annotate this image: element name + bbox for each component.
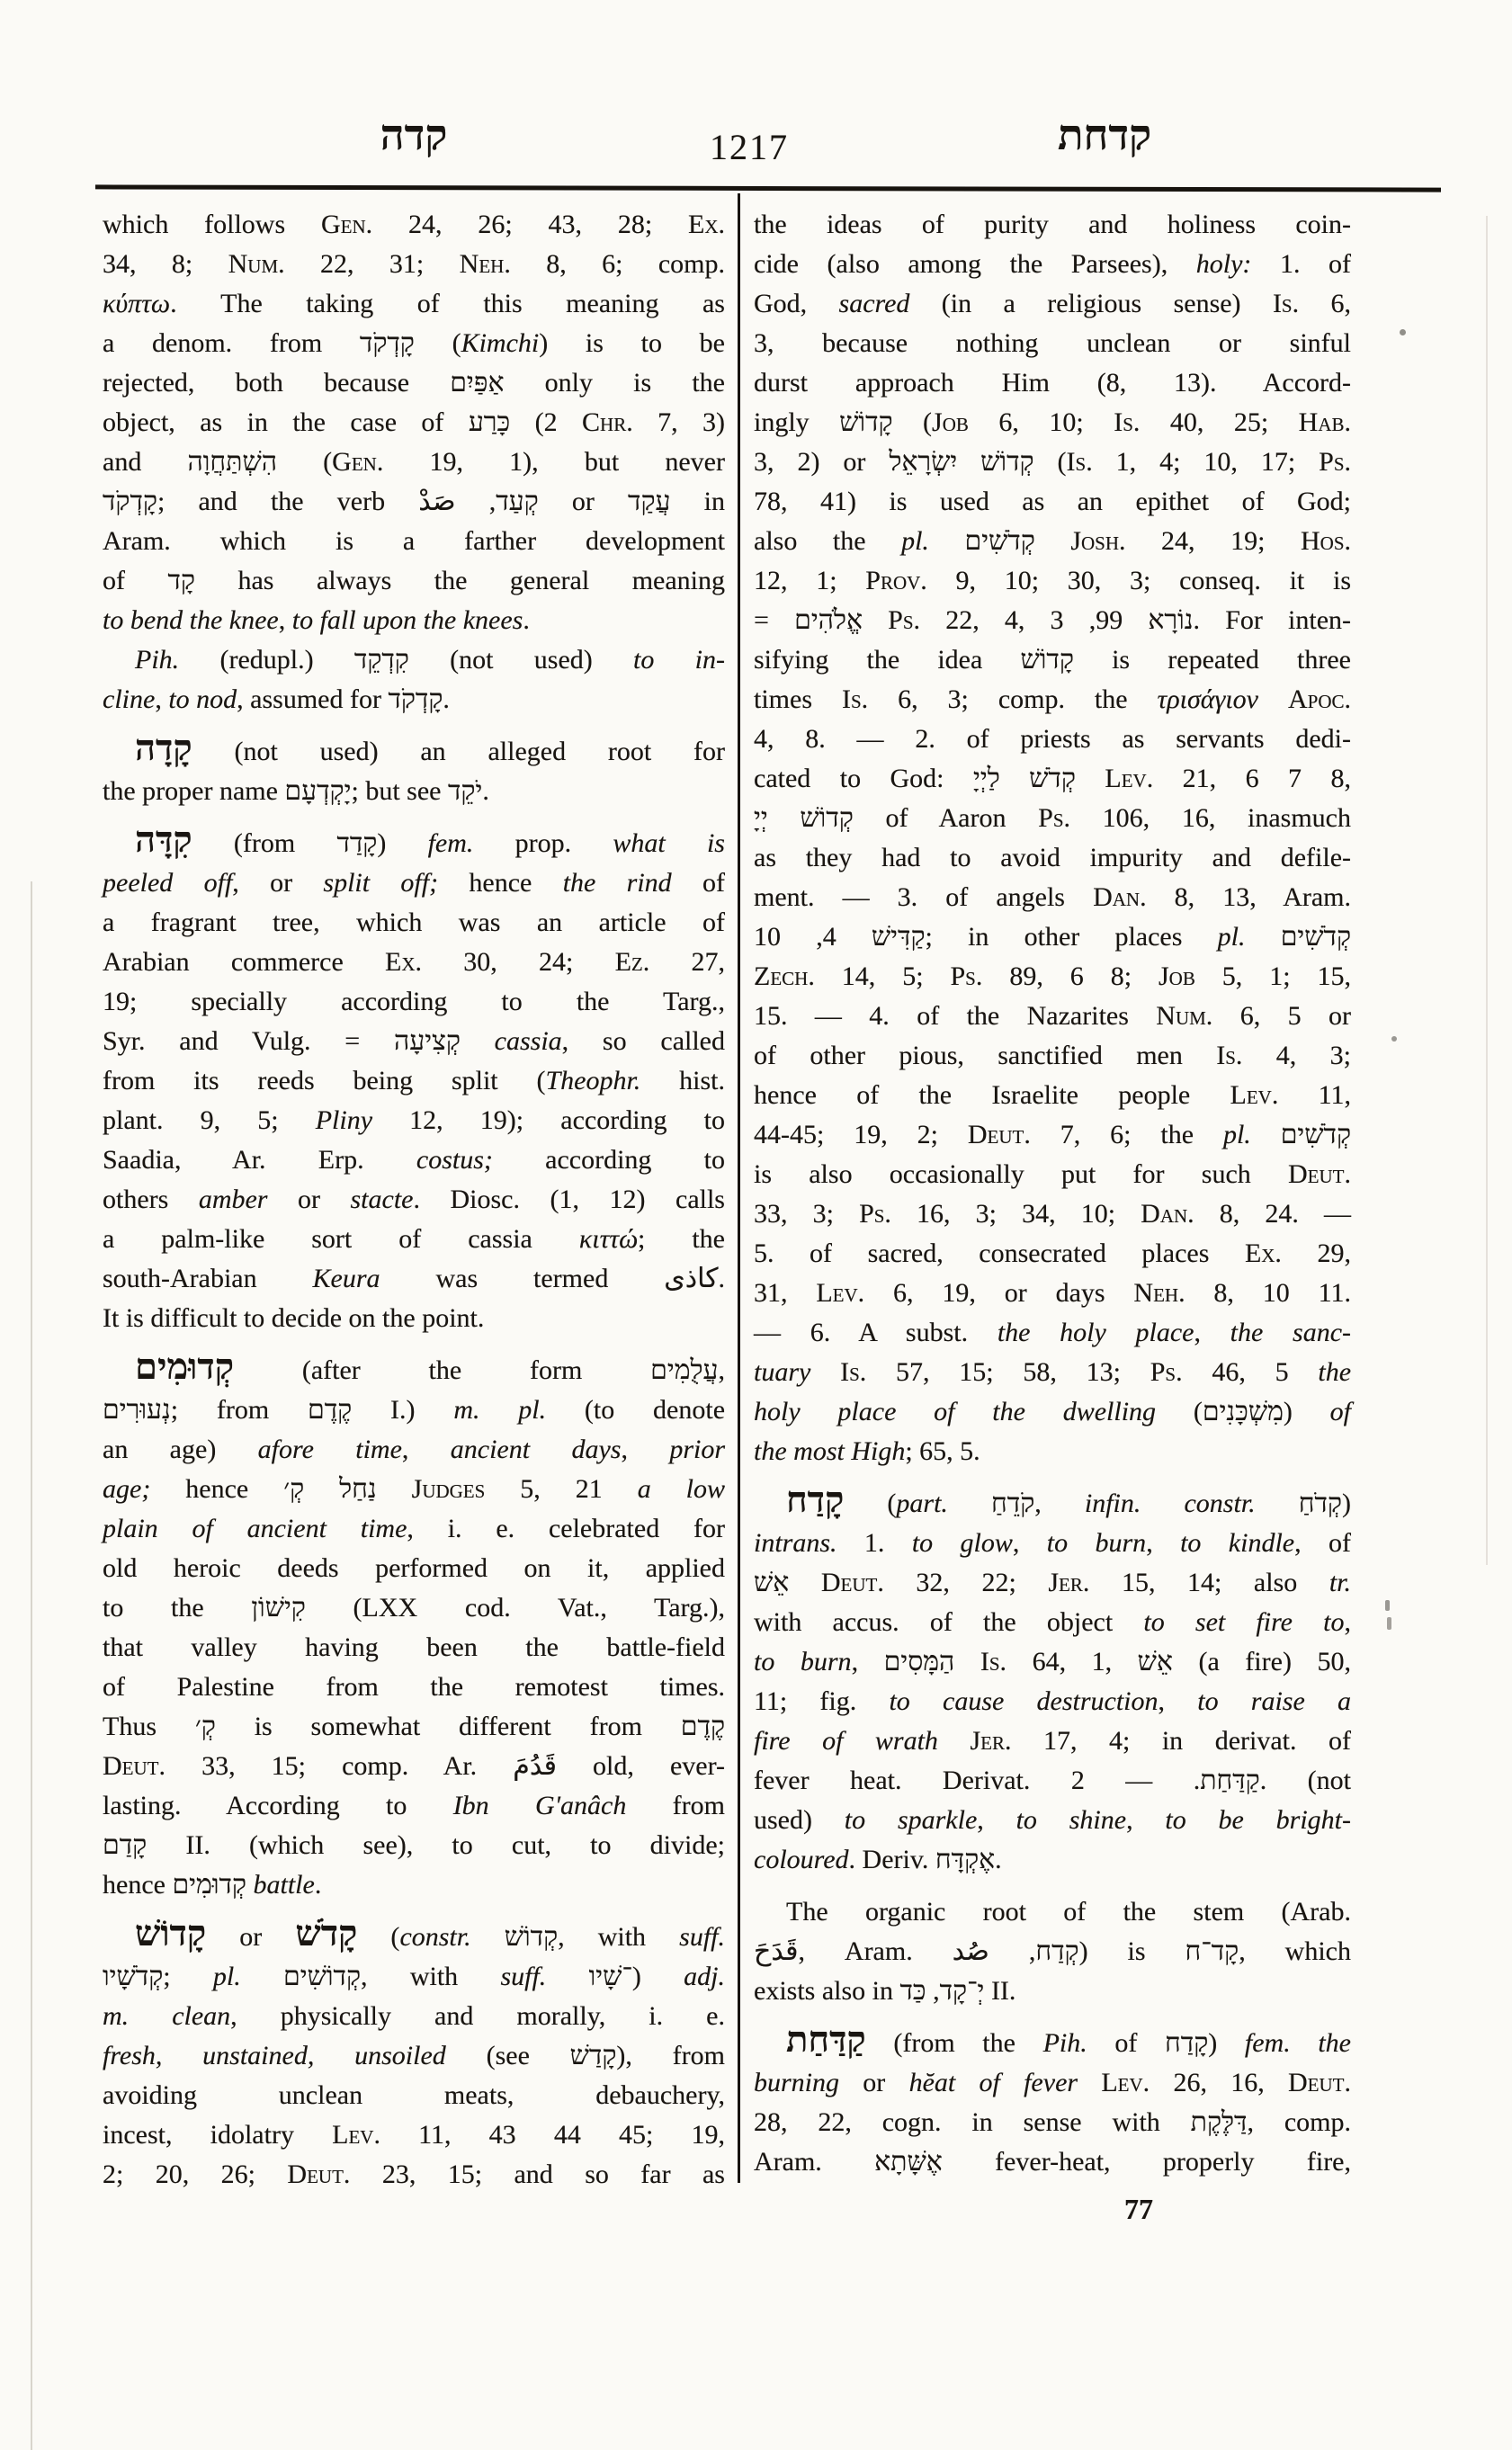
- text-line: 11; fig. to cause destruction, to raise …: [754, 1682, 1351, 1721]
- text-line: rejected, both because אַפַּיִם only is …: [103, 363, 725, 403]
- text-line: It is difficult to decide on the point.: [103, 1299, 725, 1338]
- text-line: of Palestine from the remotest times.: [103, 1668, 725, 1707]
- text-line: the proper name יָקְדְעָם; but see יֹקֵד…: [103, 772, 725, 811]
- text-line: fresh, unstained, unsoiled (see קָדַשׁ),…: [103, 2036, 725, 2076]
- text-line: which follows Gen. 24, 26; 43, 28; Ex.: [103, 205, 725, 245]
- text-line: plant. 9, 5; Pliny 12, 19); according to: [103, 1101, 725, 1140]
- text-line: קַדַּחַת (from the Pih. of קָדַח) fem. t…: [754, 2024, 1351, 2063]
- text-line: coloured. Deriv. אֶקְדָּח.: [754, 1840, 1351, 1880]
- text-line: burning or hĕat of fever Lev. 26, 16, De…: [754, 2063, 1351, 2103]
- text-line: age; hence נַחַל קְ׳ Judges 5, 21 a low: [103, 1470, 725, 1509]
- text-line: to bend the knee, to fall upon the knees…: [103, 601, 725, 640]
- text-line: cline, to nod, assumed for קָדְקֹד.: [103, 680, 725, 720]
- text-line: נְעוּרִים; from קֶדֶם I.) m. pl. (to den…: [103, 1390, 725, 1430]
- text-line: 2; 20, 26; Deut. 23, 15; and so far as: [103, 2155, 725, 2195]
- text-line: קִדָּה (from קָדַד) fem. prop. what is: [103, 824, 725, 863]
- text-line: an age) afore time, ancient days, prior: [103, 1430, 725, 1470]
- text-line: 34, 8; Num. 22, 31; Neh. 8, 6; comp.: [103, 245, 725, 284]
- text-line: sifying the idea קָדוֹשׁ is repeated thr…: [754, 640, 1351, 680]
- text-line: south-Arabian Keura was termed كاذى.: [103, 1259, 725, 1299]
- text-line: Thus קְ׳ is somewhat different from קֶדֶ…: [103, 1707, 725, 1747]
- text-line: God, sacred (in a religious sense) Is. 6…: [754, 284, 1351, 324]
- column-divider-rule: [738, 193, 740, 2183]
- text-line: קָדַם II. (which see), to cut, to divide…: [103, 1826, 725, 1865]
- text-line: m. clean, physically and morally, i. e.: [103, 1997, 725, 2036]
- text-line: 78, 41) is used as an epithet of God;: [754, 482, 1351, 522]
- text-line: 28, 22, cogn. in sense with דַּלֶּקֶת, c…: [754, 2103, 1351, 2142]
- text-line: קְדוֹשׁ יְיָ of Aaron Ps. 106, 16, inasm…: [754, 799, 1351, 838]
- text-line: Saadia, Ar. Erp. costus; according to: [103, 1140, 725, 1180]
- text-line: 5. of sacred, consecrated places Ex. 29,: [754, 1234, 1351, 1274]
- header-keyword-right: קדחת: [1058, 115, 1151, 157]
- text-line: Pih. (redupl.) קִדְקֵד (not used) to in-: [103, 640, 725, 680]
- text-line: Deut. 33, 15; comp. Ar. قَدُمَ old, ever…: [103, 1747, 725, 1786]
- text-line: 15. — 4. of the Nazarites Num. 6, 5 or: [754, 997, 1351, 1036]
- text-line: קְדוּמִים (after the form עֲלֻמִים,: [103, 1351, 725, 1390]
- text-line: object, as in the case of כָּרַע (2 Chr.…: [103, 403, 725, 443]
- text-line: as they had to avoid impurity and defile…: [754, 838, 1351, 878]
- text-line: 19; specially according to the Targ.,: [103, 982, 725, 1022]
- text-line: 3, because nothing unclean or sinful: [754, 324, 1351, 363]
- text-line: אֵשׁ Deut. 32, 22; Jer. 15, 14; also tr.: [754, 1563, 1351, 1603]
- text-line: The organic root of the stem (Arab.: [754, 1892, 1351, 1932]
- scan-speck: [1400, 329, 1406, 335]
- text-line: קָדַח (part. קֹדֵחַ, infin. constr. קְדֹ…: [754, 1484, 1351, 1524]
- text-line: κύπτω. The taking of this meaning as: [103, 284, 725, 324]
- text-line: times Is. 6, 3; comp. the τρισάγιον Apoc…: [754, 680, 1351, 720]
- text-line: the most High; 65, 5.: [754, 1432, 1351, 1471]
- text-line: hence קְדוּמִים battle.: [103, 1865, 725, 1905]
- text-line: ment. — 3. of angels Dan. 8, 13, Aram.: [754, 878, 1351, 917]
- text-line: holy place of the dwelling (מִשְׁכָּנִים…: [754, 1392, 1351, 1432]
- text-line: ingly קָדוֹשׁ (Job 6, 10; Is. 40, 25; Ha…: [754, 403, 1351, 443]
- text-line: cated to God: קְדֹשׁ לַיְיָ Lev. 21, 6 7…: [754, 759, 1351, 799]
- text-line: tuary Is. 57, 15; 58, 13; Ps. 46, 5 the: [754, 1353, 1351, 1392]
- text-line: exists also in יְ־קָד, כַּד II.: [754, 1972, 1351, 2011]
- text-line: a fragrant tree, which was an article of: [103, 903, 725, 943]
- text-line: קָדָה (not used) an alleged root for: [103, 732, 725, 772]
- text-line: to the קִישׁוֹן (LXX cod. Vat., Targ.),: [103, 1588, 725, 1628]
- text-line: the ideas of purity and holiness coin-: [754, 205, 1351, 245]
- text-line: used) to sparkle, to shine, to be bright…: [754, 1801, 1351, 1840]
- text-line: fever heat. Derivat. קַדַּחַת. — 2. (not: [754, 1761, 1351, 1801]
- text-line: Zech. 14, 5; Ps. 89, 6 8; Job 5, 1; 15,: [754, 957, 1351, 997]
- text-line: hence of the Israelite people Lev. 11,: [754, 1076, 1351, 1115]
- signature-number: 77: [1124, 2193, 1153, 2226]
- scan-speck: [1391, 1036, 1397, 1042]
- header-keyword-left: קדה: [380, 115, 448, 157]
- text-line: intrans. 1. to glow, to burn, to kindle,…: [754, 1524, 1351, 1563]
- text-line: — 6. A subst. the holy place, the sanc-: [754, 1313, 1351, 1353]
- text-line: a palm-like sort of cassia κιττώ; the: [103, 1220, 725, 1259]
- text-line: incest, idolatry Lev. 11, 43 44 45; 19,: [103, 2115, 725, 2155]
- text-line: from its reeds being split (Theophr. his…: [103, 1061, 725, 1101]
- text-line: 31, Lev. 6, 19, or days Neh. 8, 10 11.: [754, 1274, 1351, 1313]
- text-line: cide (also among the Parsees), holy: 1. …: [754, 245, 1351, 284]
- text-line: avoiding unclean meats, debauchery,: [103, 2076, 725, 2115]
- text-line: 12, 1; Prov. 9, 10; 30, 3; conseq. it is: [754, 561, 1351, 601]
- text-line: 3, 2) or קְדוֹשׁ יִשְׂרָאֵל (Is. 1, 4; 1…: [754, 443, 1351, 482]
- text-line: = אֱלֹהִים Ps. 22, 4, נוֹרָא 99, 3. For …: [754, 601, 1351, 640]
- text-line: and הִשְׁתַּחֲוָה (Gen. 19, 1), but neve…: [103, 443, 725, 482]
- text-line: fire of wrath Jer. 17, 4; in derivat. of: [754, 1721, 1351, 1761]
- scanned-lexicon-page: { "header": { "left_word": "קדה", "page_…: [0, 0, 1512, 2450]
- text-line: is also occasionally put for such Deut.: [754, 1155, 1351, 1194]
- text-line: קָדוֹשׁ or קָדֹשׁ (constr. קְדוֹשׁ, with…: [103, 1918, 725, 1957]
- text-line: 44-45; 19, 2; Deut. 7, 6; the pl. קְדֹשִ…: [754, 1115, 1351, 1155]
- text-line: lasting. According to Ibn G'anâch from: [103, 1786, 725, 1826]
- page-number: 1217: [710, 130, 789, 165]
- text-line: 33, 3; Ps. 16, 3; 34, 10; Dan. 8, 24. —: [754, 1194, 1351, 1234]
- text-line: קְדֹשָׁיו; pl. קְדוֹשִׁים, with suff. ־ש…: [103, 1957, 725, 1997]
- scan-speck: [1387, 1617, 1391, 1630]
- text-line: also the pl. קְדֹשִׁים Josh. 24, 19; Hos…: [754, 522, 1351, 561]
- right-text-column: the ideas of purity and holiness coin-ci…: [754, 205, 1351, 2182]
- text-line: of קָד has always the general meaning: [103, 561, 725, 601]
- text-line: peeled off, or split off; hence the rind…: [103, 863, 725, 903]
- text-line: قَدَحَ, Aram. קְדַח, صُد) is קָד־ח, whic…: [754, 1932, 1351, 1972]
- scan-edge-line-right: [1486, 216, 1488, 1565]
- text-line: others amber or stacte. Diosc. (1, 12) c…: [103, 1180, 725, 1220]
- scan-speck: [1385, 1600, 1390, 1611]
- header-rule: [95, 184, 1441, 192]
- text-line: old heroic deeds performed on it, applie…: [103, 1549, 725, 1588]
- text-line: 4, 8. — 2. of priests as servants dedi-: [754, 720, 1351, 759]
- text-line: Arabian commerce Ex. 30, 24; Ez. 27,: [103, 943, 725, 982]
- text-line: that valley having been the battle-field: [103, 1628, 725, 1668]
- text-line: a denom. from קָדְקֹד (Kimchi) is to be: [103, 324, 725, 363]
- text-line: Aram. which is a farther development: [103, 522, 725, 561]
- text-line: of other pious, sanctified men Is. 4, 3;: [754, 1036, 1351, 1076]
- left-text-column: which follows Gen. 24, 26; 43, 28; Ex.34…: [103, 205, 725, 2195]
- text-line: with accus. of the object to set fire to…: [754, 1603, 1351, 1642]
- text-line: plain of ancient time, i. e. celebrated …: [103, 1509, 725, 1549]
- text-line: to burn, הַמָּסִים Is. 64, 1, אֵשׁ (a fi…: [754, 1642, 1351, 1682]
- text-line: Aram. אֶשָּׁתָא fever-heat, properly fir…: [754, 2142, 1351, 2182]
- text-line: קָדְקֹד; and the verb קְעַד, صَدْ or עֲק…: [103, 482, 725, 522]
- text-line: Syr. and Vulg. = קְצִיעָה cassia, so cal…: [103, 1022, 725, 1061]
- scan-edge-line-left: [31, 881, 32, 2450]
- text-line: קַדִּישׁ 4, 10; in other places pl. קְדֹ…: [754, 917, 1351, 957]
- text-line: durst approach Him (8, 13). Accord-: [754, 363, 1351, 403]
